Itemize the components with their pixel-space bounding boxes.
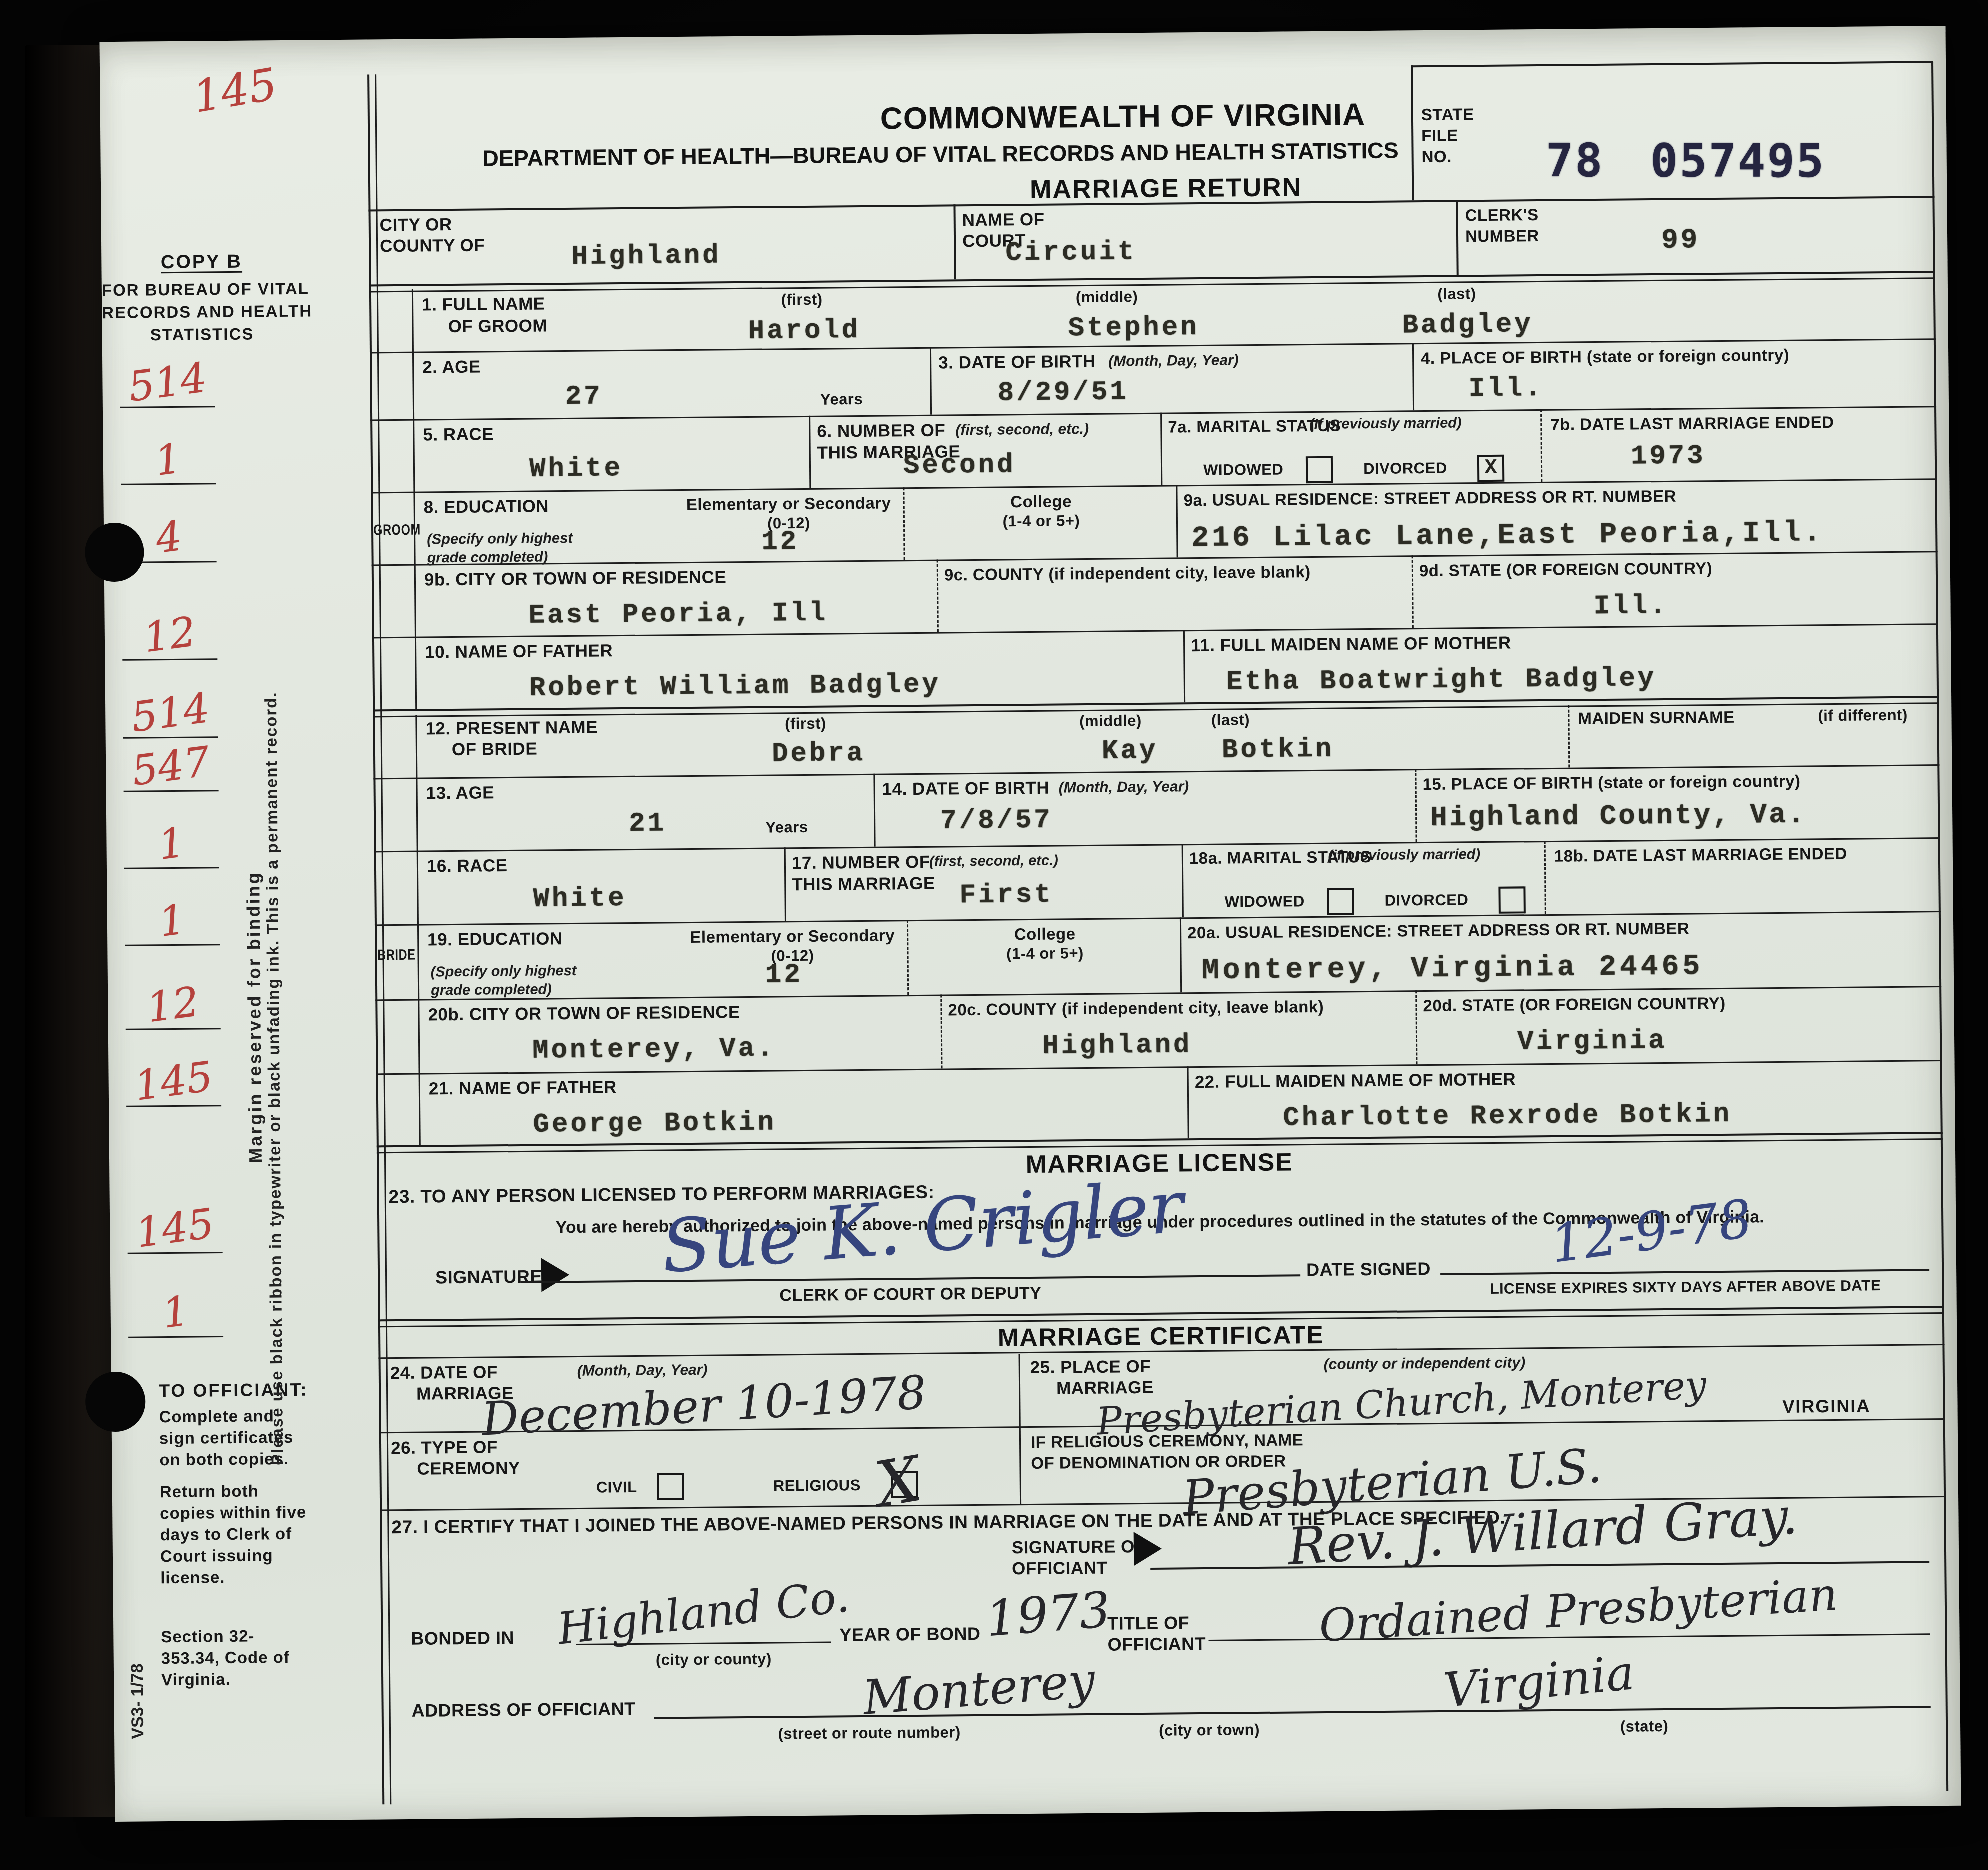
officiant-address-label: ADDRESS OF OFFICIANT: [412, 1698, 636, 1721]
groom-pob-value: Ill.: [1468, 373, 1543, 404]
cert-place-sub: (county or independent city): [1324, 1354, 1526, 1373]
margin-number: 547: [121, 737, 221, 796]
city-county-value: Highland: [571, 240, 721, 272]
groom-education-sub: grade completed): [427, 549, 548, 566]
margin-number: 514: [120, 683, 221, 743]
groom-state-label: 9d. STATE (OR FOREIGN COUNTRY): [1419, 559, 1713, 580]
bride-ended-label: 18b. DATE LAST MARRIAGE ENDED: [1554, 844, 1847, 866]
copy-note-line2: RECORDS AND HEALTH: [102, 302, 302, 323]
bride-marriage-no-label: THIS MARRIAGE: [792, 874, 935, 895]
groom-marital-sub: (If previously married): [1303, 415, 1468, 433]
street-sub-label: (street or route number): [754, 1723, 984, 1743]
cert-date-sub: (Month, Day, Year): [577, 1362, 708, 1380]
date-signed-label: DATE SIGNED: [1306, 1258, 1431, 1280]
groom-race-value: White: [529, 453, 623, 485]
bride-residence-value: Monterey, Virginia 24465: [1202, 950, 1704, 987]
marriage-return-document: 145 COPY B FOR BUREAU OF VITAL RECORDS A…: [100, 26, 1961, 1822]
state-file-label: NO.: [1421, 147, 1452, 167]
bride-divorced-checkbox: [1498, 886, 1525, 913]
bride-education-sub: grade completed): [431, 981, 552, 999]
bride-elementary-value: 12: [765, 960, 803, 991]
years-label: Years: [820, 390, 863, 409]
town-sub-label: (city or town): [1104, 1720, 1314, 1740]
bride-widowed-label: WIDOWED: [1224, 892, 1305, 911]
groom-name-label: 1. FULL NAME: [422, 294, 545, 315]
bride-race-value: White: [533, 883, 627, 915]
bonded-in-label: BONDED IN: [411, 1627, 514, 1649]
copy-label: COPY B: [101, 250, 301, 274]
copy-note-line3: STATISTICS: [102, 324, 302, 345]
bride-city-value: Monterey, Va.: [532, 1033, 776, 1066]
bride-dob-value: 7/8/57: [940, 805, 1053, 837]
groom-pob-label: 4. PLACE OF BIRTH (state or foreign coun…: [1421, 346, 1789, 368]
groom-race-label: 5. RACE: [423, 424, 494, 445]
hole-punch: [85, 1371, 146, 1432]
groom-marriage-no-value: Second: [903, 450, 1016, 481]
officiant-title-label: TITLE OF: [1107, 1612, 1189, 1634]
groom-residence-label: 9a. USUAL RESIDENCE: STREET ADDRESS OR R…: [1183, 487, 1676, 510]
margin-number: 1: [125, 1283, 226, 1342]
bride-city-label: 20b. CITY OR TOWN OF RESIDENCE: [428, 1002, 740, 1025]
bride-age-label: 13. AGE: [426, 783, 495, 804]
bride-father-label: 21. NAME OF FATHER: [429, 1077, 617, 1099]
groom-state-value: Ill.: [1593, 591, 1668, 622]
bride-divorced-label: DIVORCED: [1384, 891, 1468, 909]
officiant-signature-label: OFFICIANT: [1012, 1558, 1107, 1579]
clerks-number-value: 99: [1661, 224, 1700, 256]
groom-marriage-no-sub: (first, second, etc.): [955, 421, 1089, 439]
groom-widowed-label: WIDOWED: [1203, 461, 1284, 479]
civil-label: CIVIL: [596, 1478, 637, 1497]
bride-marital-sub: (if previously married): [1322, 846, 1487, 864]
bride-section-label: BRIDE: [377, 947, 416, 964]
groom-ended-value: 1973: [1631, 441, 1706, 472]
cert-date-label: 24. DATE OF: [390, 1362, 498, 1383]
cert-state-printed: VIRGINIA: [1782, 1395, 1870, 1417]
bond-year-label: YEAR OF BOND: [839, 1623, 980, 1645]
groom-city-value: East Peoria, Ill: [528, 598, 828, 631]
first-sub-label: (first): [742, 290, 862, 309]
margin-number: 145: [125, 1199, 225, 1258]
maiden-surname-label: MAIDEN SURNAME: [1578, 708, 1734, 728]
ceremony-type-label: CEREMONY: [417, 1458, 520, 1479]
cert-place-label: MARRIAGE: [1056, 1378, 1154, 1399]
bride-name-label: 12. PRESENT NAME: [425, 718, 598, 740]
last-sub-label: (last): [1170, 710, 1290, 729]
margin-number: 145: [123, 1052, 224, 1111]
groom-age-label: 2. AGE: [422, 357, 481, 378]
bride-age-value: 21: [629, 808, 666, 839]
scanner-background: 145 COPY B FOR BUREAU OF VITAL RECORDS A…: [0, 0, 1988, 1870]
groom-ended-label: 7b. DATE LAST MARRIAGE ENDED: [1550, 413, 1834, 434]
clerks-number-label: CLERK'S: [1465, 205, 1539, 225]
bride-county-value: Highland: [1042, 1030, 1192, 1062]
groom-name-label: OF GROOM: [448, 316, 547, 337]
form-code: VS3- 1/78: [127, 1609, 148, 1739]
denomination-label: IF RELIGIOUS CEREMONY, NAME: [1031, 1430, 1304, 1452]
city-county-label: CITY OR: [380, 215, 452, 236]
religious-label: RELIGIOUS: [773, 1476, 861, 1495]
middle-sub-label: (middle): [1047, 288, 1167, 307]
state-sub-label: (state): [1579, 1717, 1709, 1736]
bride-education-sub: (Specify only highest: [431, 963, 577, 981]
clerks-number-label: NUMBER: [1465, 226, 1539, 246]
civil-checkbox: [657, 1473, 684, 1500]
bride-first-name: Debra: [772, 738, 866, 770]
religious-mark: X: [870, 1443, 926, 1522]
margin-number: 1: [122, 891, 222, 951]
date-signed-value: 12-9-78: [1547, 1188, 1755, 1275]
bride-education-label: 19. EDUCATION: [427, 929, 563, 950]
college-sub: (1-4 or 5+): [914, 511, 1169, 531]
first-sub-label: (first): [745, 714, 865, 733]
commonwealth-title: COMMONWEALTH OF VIRGINIA: [618, 95, 1628, 139]
groom-marriage-no-label: 6. NUMBER OF: [817, 420, 945, 442]
hole-punch: [85, 522, 144, 582]
license-expires-note: LICENSE EXPIRES SIXTY DAYS AFTER ABOVE D…: [1438, 1277, 1933, 1298]
bonded-in-sub: (city or county): [614, 1650, 814, 1669]
cert-place-label: 25. PLACE OF: [1030, 1357, 1151, 1378]
margin-page-number: 145: [167, 54, 303, 126]
groom-middle-name: Stephen: [1068, 312, 1199, 344]
bride-mother-value: Charlotte Rexrode Botkin: [1283, 1099, 1732, 1134]
city-county-label: COUNTY OF: [380, 235, 485, 256]
margin-number: 514: [117, 353, 218, 412]
bride-state-label: 20d. STATE (OR FOREIGN COUNTRY): [1423, 994, 1726, 1016]
groom-last-name: Badgley: [1402, 309, 1533, 341]
state-file-label: FILE: [1421, 126, 1458, 145]
groom-mother-label: 11. FULL MAIDEN NAME OF MOTHER: [1191, 633, 1511, 656]
bride-last-name: Botkin: [1222, 734, 1334, 766]
groom-divorced-mark: X: [1479, 457, 1502, 479]
ceremony-type-label: 26. TYPE OF: [391, 1437, 498, 1458]
state-file-number: 78 057495: [1546, 134, 1826, 188]
groom-residence-value: 216 Lilac Lane,East Peoria,Ill.: [1191, 517, 1824, 555]
groom-age-value: 27: [565, 381, 603, 412]
groom-section-label: GROOM: [373, 522, 412, 539]
bride-father-value: George Botkin: [533, 1107, 776, 1140]
officiant-signature-label: SIGNATURE OF: [1012, 1537, 1146, 1558]
groom-divorced-checkbox: X: [1477, 455, 1504, 482]
groom-widowed-checkbox: [1306, 456, 1333, 483]
groom-dob-label: 3. DATE OF BIRTH: [938, 352, 1096, 373]
bride-pob-value: Highland County, Va.: [1430, 798, 1807, 834]
court-value: Circuit: [1005, 237, 1136, 268]
middle-sub-label: (middle): [1050, 712, 1170, 731]
groom-first-name: Harold: [748, 315, 860, 347]
bride-middle-name: Kay: [1102, 736, 1158, 767]
years-label: Years: [765, 818, 808, 837]
bride-residence-label: 20a. USUAL RESIDENCE: STREET ADDRESS OR …: [1187, 919, 1689, 942]
groom-divorced-label: DIVORCED: [1363, 459, 1447, 478]
bride-marriage-no-value: First: [959, 880, 1053, 911]
bond-year-value: 1973: [984, 1581, 1113, 1648]
groom-education-label: 8. EDUCATION: [424, 496, 549, 518]
groom-father-label: 10. NAME OF FATHER: [425, 641, 613, 663]
groom-city-label: 9b. CITY OR TOWN OF RESIDENCE: [424, 567, 727, 590]
bride-mother-label: 22. FULL MAIDEN NAME OF MOTHER: [1195, 1070, 1516, 1093]
bride-dob-label: 14. DATE OF BIRTH: [882, 778, 1049, 800]
groom-county-label: 9c. COUNTY (if independent city, leave b…: [944, 562, 1311, 585]
margin-number: 1: [121, 814, 222, 874]
college-label: College: [913, 491, 1168, 513]
groom-education-sub: (Specify only highest: [427, 530, 573, 548]
ribbon-note: Please use black ribbon in typewriter or…: [259, 475, 287, 1465]
copy-note-line1: FOR BUREAU OF VITAL: [102, 279, 302, 300]
court-label: NAME OF: [962, 210, 1045, 231]
bride-race-label: 16. RACE: [427, 856, 508, 877]
groom-mother-value: Etha Boatwright Badgley: [1226, 663, 1657, 698]
groom-dob-value: 8/29/51: [997, 377, 1128, 408]
bride-county-label: 20c. COUNTY (if independent city, leave …: [948, 997, 1324, 1020]
bride-name-label: OF BRIDE: [452, 739, 538, 760]
bride-pob-label: 15. PLACE OF BIRTH (state or foreign cou…: [1422, 772, 1800, 794]
state-file-label: STATE: [1421, 105, 1474, 124]
margin-number: 1: [118, 430, 218, 490]
elementary-label: Elementary or Secondary: [678, 493, 898, 514]
groom-dob-sub: (Month, Day, Year): [1108, 352, 1239, 370]
bride-state-value: Virginia: [1517, 1026, 1667, 1058]
department-title: DEPARTMENT OF HEALTH—BUREAU OF VITAL REC…: [368, 137, 1513, 173]
officiant-arrow-icon: [1134, 1532, 1162, 1566]
groom-father-value: Robert William Badgley: [529, 670, 941, 704]
license-signature-label: SIGNATURE: [435, 1266, 542, 1288]
margin-number: 12: [120, 605, 220, 665]
return-note: Return both copies within five days to C…: [160, 1480, 311, 1589]
last-sub-label: (last): [1397, 284, 1517, 303]
bride-widowed-checkbox: [1327, 888, 1354, 915]
college-sub: (1-4 or 5+): [917, 944, 1172, 964]
college-label: College: [917, 924, 1172, 945]
bride-marriage-no-sub: (first, second, etc.): [929, 853, 1058, 871]
bride-dob-sub: (Month, Day, Year): [1058, 778, 1189, 797]
elementary-label: Elementary or Secondary: [682, 926, 902, 947]
margin-number: 12: [123, 975, 223, 1035]
maiden-surname-sub: (if different): [1818, 706, 1908, 725]
code-note: Section 32-353.34, Code of Virginia.: [161, 1625, 311, 1691]
groom-elementary-value: 12: [761, 527, 799, 558]
bride-marriage-no-label: 17. NUMBER OF: [792, 852, 930, 874]
officiant-title-value: Ordained Presbyterian: [1227, 1563, 1929, 1658]
